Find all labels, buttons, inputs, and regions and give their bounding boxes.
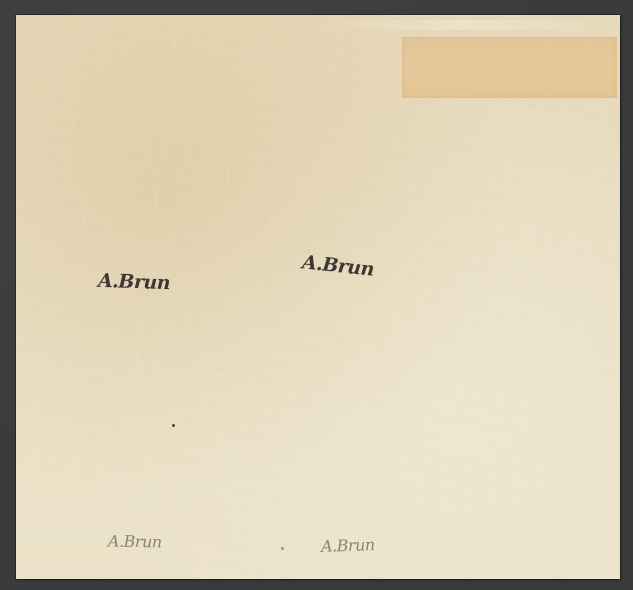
pencil-dot-faint [281,547,284,550]
hinge-remnant [402,37,617,98]
hinge-edge-highlight [316,20,616,30]
signature-upper-center: A.Brun [301,251,375,280]
signature-lower-center: A.Brun [321,535,375,556]
stamp-block-back: A.Brun A.Brun A.Brun A.Brun [16,15,620,579]
signature-upper-left: A.Brun [98,270,171,295]
pencil-dot [172,424,175,427]
signature-lower-left: A.Brun [108,532,162,552]
